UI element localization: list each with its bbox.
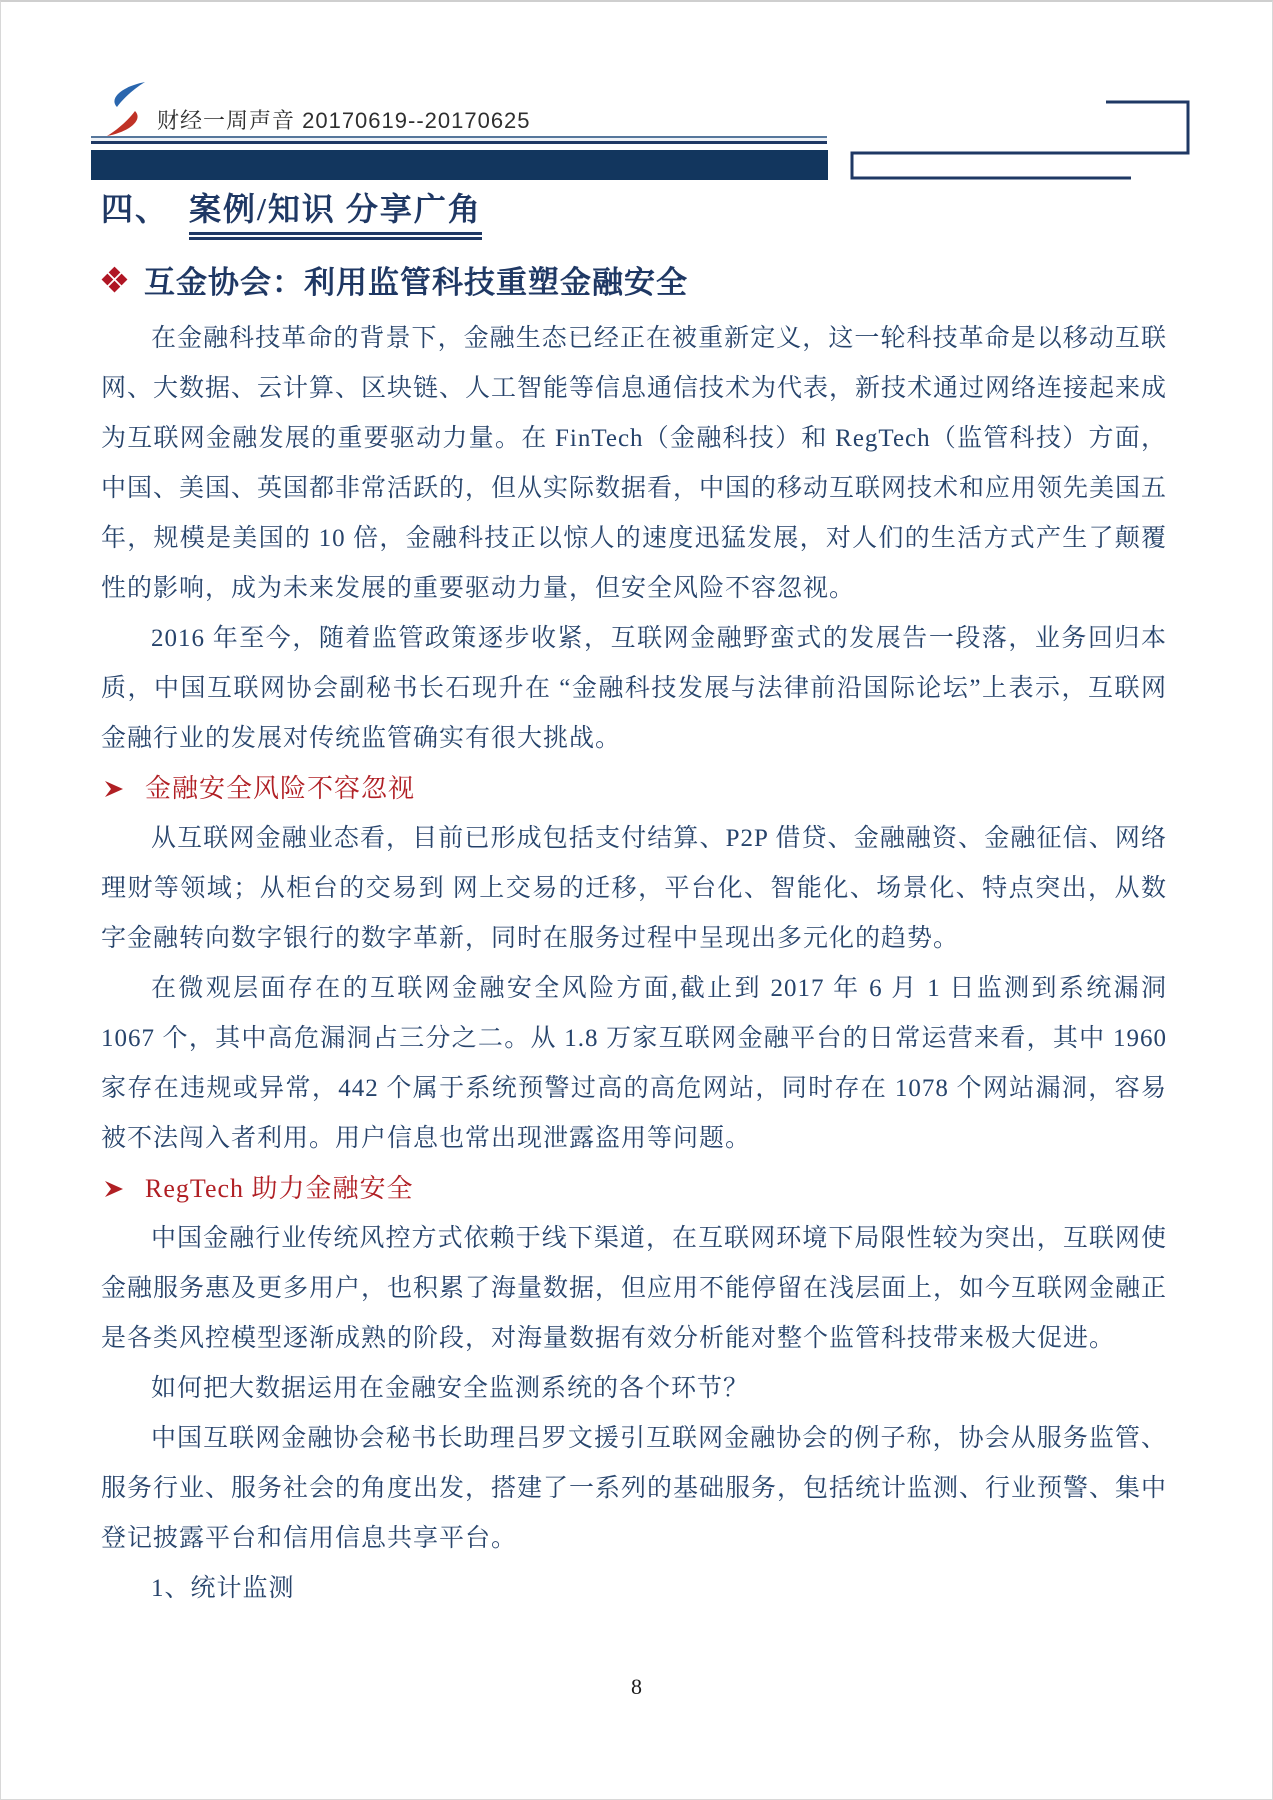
paragraph-6: 如何把大数据运用在金融安全监测系统的各个环节？ <box>101 1364 1167 1414</box>
header-divider <box>91 136 827 144</box>
red-subheading-1: 金融安全风险不容忽视 <box>101 764 1167 814</box>
section-heading: 四、案例/知识 分享广角 <box>101 184 482 230</box>
red-arrow-bullet-icon <box>103 779 125 799</box>
red-subheading-text: 金融安全风险不容忽视 <box>145 764 415 814</box>
paragraph-3: 从互联网金融业态看，目前已形成包括支付结算、P2P 借贷、金融融资、金融征信、网… <box>101 814 1167 964</box>
paragraph-1: 在金融科技革命的背景下，金融生态已经正在被重新定义，这一轮科技革命是以移动互联网… <box>101 314 1167 614</box>
article-body: 在金融科技革命的背景下，金融生态已经正在被重新定义，这一轮科技革命是以移动互联网… <box>101 314 1167 1614</box>
article-title-row: 互金协会：利用监管科技重塑金融安全 <box>101 257 688 302</box>
paragraph-4: 在微观层面存在的互联网金融安全风险方面,截止到 2017 年 6 月 1 日监测… <box>101 964 1167 1164</box>
document-page: 财经一周声音 20170619--20170625 四、案例/知识 分享广角 互… <box>0 0 1273 1800</box>
document-header-title: 财经一周声音 20170619--20170625 <box>157 104 531 135</box>
red-subheading-2: RegTech 助力金融安全 <box>101 1164 1167 1214</box>
page-number: 8 <box>1 1674 1272 1700</box>
paragraph-7: 中国互联网金融协会秘书长助理吕罗文援引互联网金融协会的例子称，协会从服务监管、服… <box>101 1414 1167 1564</box>
paragraph-8: 1、统计监测 <box>101 1564 1167 1614</box>
paragraph-5: 中国金融行业传统风控方式依赖于线下渠道，在互联网环境下局限性较为突出，互联网使金… <box>101 1214 1167 1364</box>
company-logo-icon <box>103 80 149 138</box>
section-number: 四、 <box>101 191 169 227</box>
paragraph-2: 2016 年至今，随着监管政策逐步收紧，互联网金融野蛮式的发展告一段落，业务回归… <box>101 614 1167 764</box>
red-subheading-text: RegTech 助力金融安全 <box>145 1164 414 1214</box>
red-diamond-bullet-icon <box>101 266 128 293</box>
header-navy-bar <box>91 150 828 180</box>
red-arrow-bullet-icon <box>103 1179 125 1199</box>
section-title: 案例/知识 分享广角 <box>189 191 482 240</box>
article-title: 互金协会：利用监管科技重塑金融安全 <box>144 257 688 302</box>
